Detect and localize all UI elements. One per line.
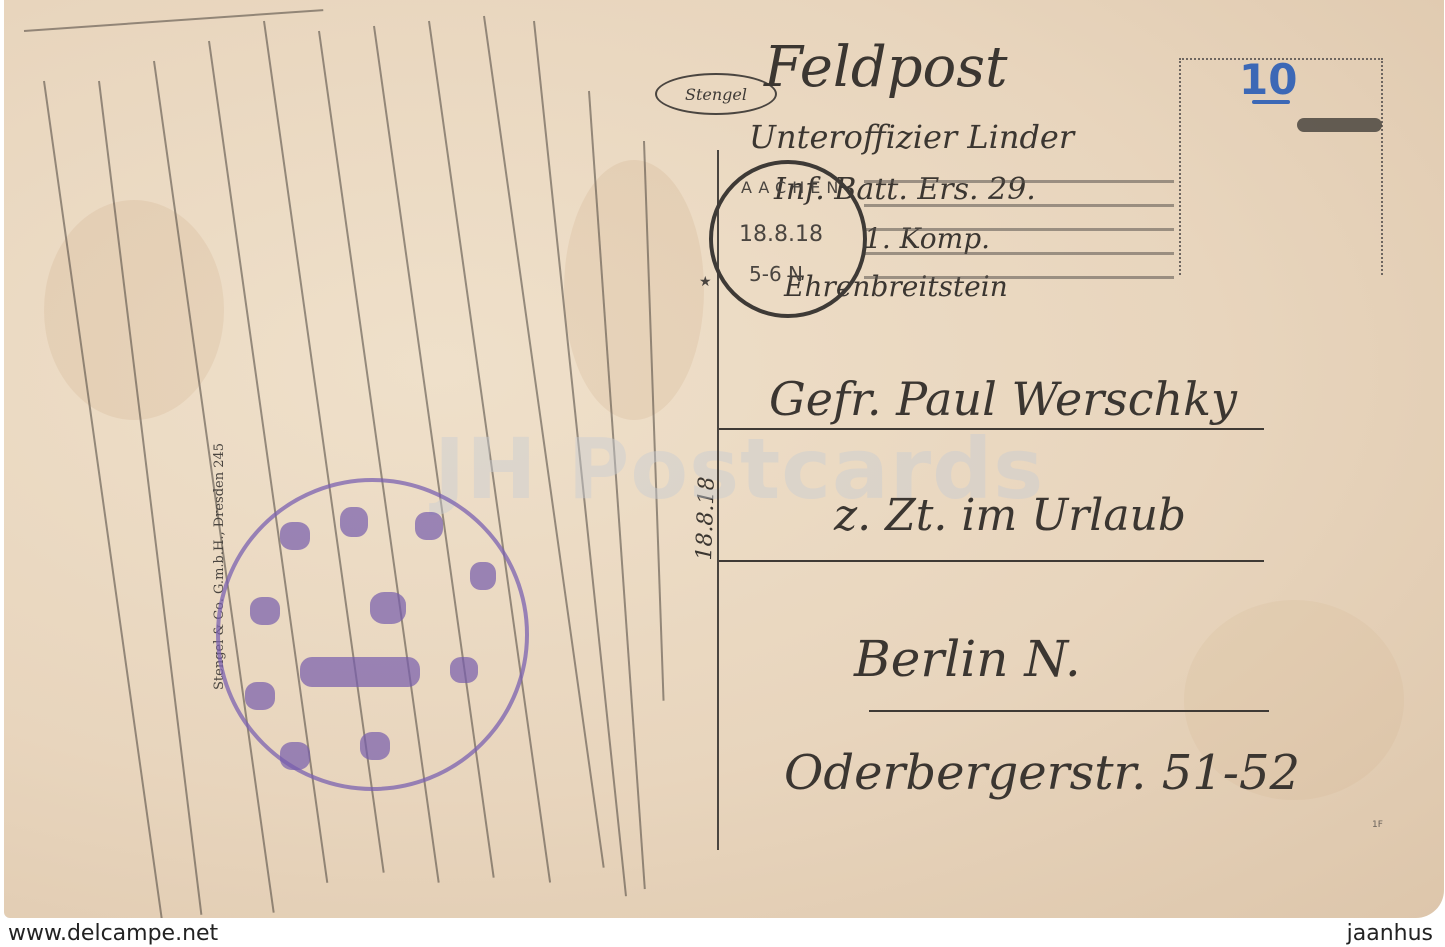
recipient-street: Oderbergerstr. 51-52 (784, 745, 1300, 801)
postmark-time: 5-6 N (749, 262, 803, 286)
value-note: 10 (1239, 55, 1297, 104)
recipient-name: Gefr. Paul Werschky (769, 372, 1237, 426)
address-rule (869, 710, 1269, 712)
value-underline (1252, 100, 1290, 104)
cancel-lines (864, 180, 1174, 300)
postmark: AACHEN 18.8.18 5-6 N ★ (709, 160, 867, 318)
paper-stain (44, 200, 224, 420)
footer-site-left: www.delcampe.net (8, 921, 218, 946)
footer-site-right: jaanhus (1347, 921, 1433, 946)
violet-unit-stamp (216, 478, 529, 791)
recipient-city: Berlin N. (854, 630, 1081, 688)
star-icon: ★ (699, 274, 712, 290)
sender-line-1: Unteroffizier Linder (749, 118, 1074, 156)
postmark-place: AACHEN (741, 178, 844, 197)
postmark-date: 18.8.18 (739, 222, 823, 247)
corner-code: 1F (1372, 820, 1383, 830)
postcard-back: 18.8.18 JH Postcards Stengel Stengel & C… (4, 0, 1444, 918)
paper-stain (564, 160, 704, 420)
publisher-logo: Stengel (655, 73, 777, 115)
address-rule (719, 428, 1264, 430)
address-rule (719, 560, 1264, 562)
recipient-line-2: z. Zt. im Urlaub (834, 490, 1186, 541)
ink-smear (1297, 118, 1382, 132)
feldpost-header: Feldpost (764, 35, 1008, 100)
